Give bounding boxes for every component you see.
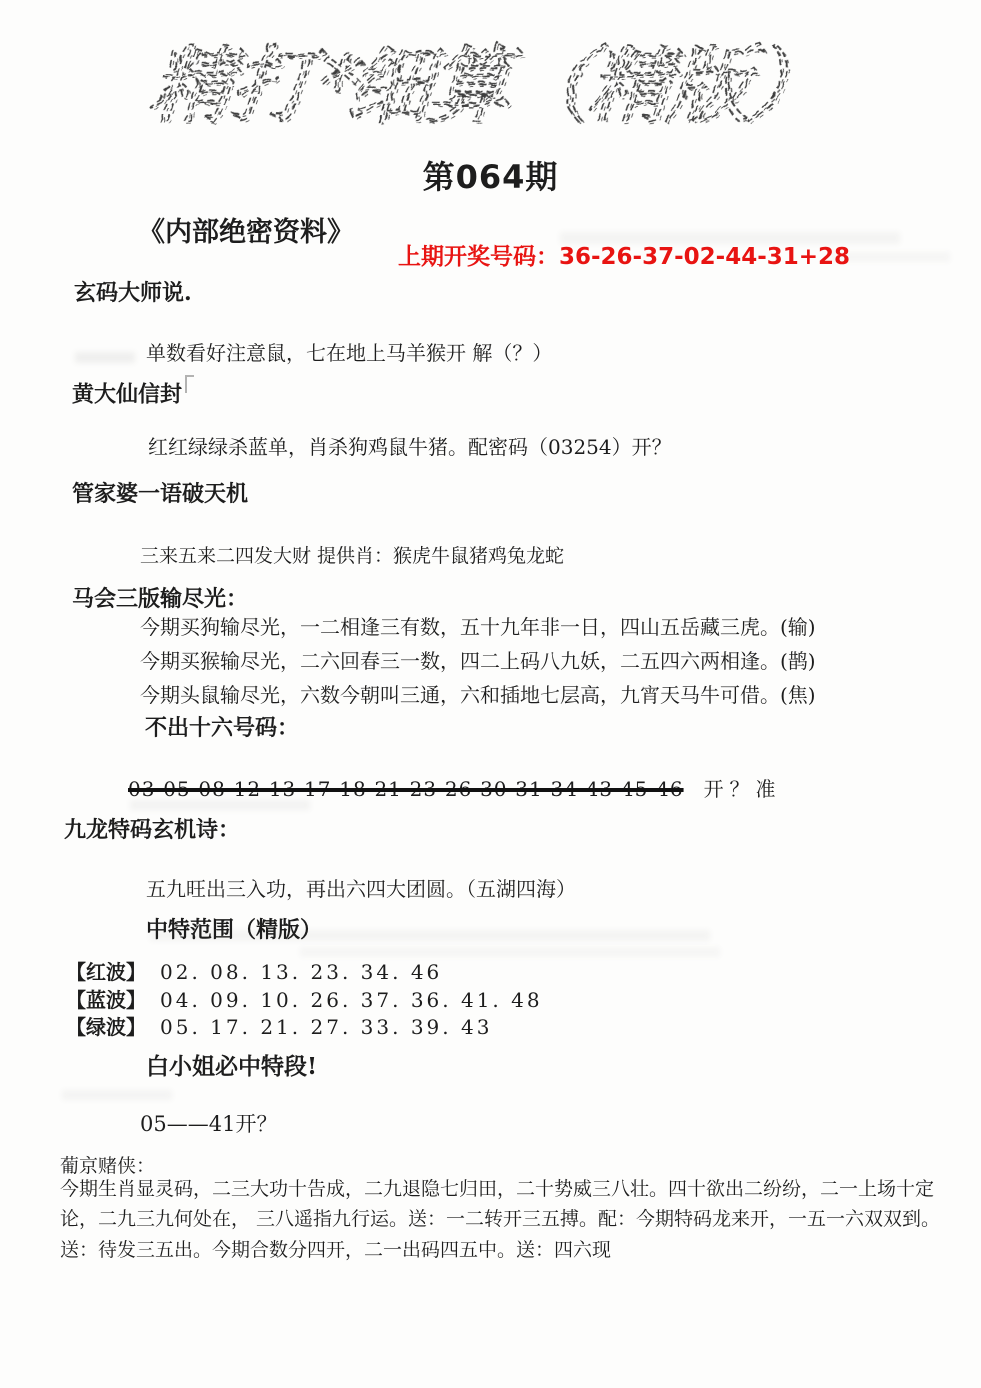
mahui-line-1: 今期买狗输尽光，一二相逢三有数，五十九年非一日，四山五岳藏三虎。(输) bbox=[140, 611, 816, 640]
previous-draw: 上期开奖号码：36-26-37-02-44-31+28 bbox=[398, 238, 850, 271]
wave-label-red: 【红波】 bbox=[66, 960, 146, 984]
huangdaxian-heading: 黄大仙信封 bbox=[72, 375, 194, 408]
scanned-lottery-sheet: { "colors": { "accent_red": "#e81412", "… bbox=[0, 0, 981, 1388]
mahui-subheading: 不出十六号码： bbox=[145, 711, 299, 742]
guanjiapo-heading: 管家婆一语破天机 bbox=[72, 477, 248, 508]
masthead-sketch: 精打*细算（精版） 精打*细算（精版） bbox=[120, 8, 880, 158]
jiulong-heading: 九龙特码玄机诗： bbox=[64, 813, 240, 844]
jiulong-poem: 五九旺出三入功，再出六四大团圆。（五湖四海） bbox=[146, 873, 576, 902]
baixiaojie-line: 05——41开？ bbox=[140, 1108, 277, 1138]
baixiaojie-heading: 白小姐必中特段! bbox=[146, 1048, 317, 1081]
previous-draw-numbers: 36-26-37-02-44-31+28 bbox=[559, 244, 850, 270]
wave-row-red: 【红波】02. 08. 13. 23. 34. 46 bbox=[66, 956, 442, 985]
scan-artifact bbox=[75, 352, 135, 363]
mahui-line-2: 今期买猴输尽光，二六回春三一数，四二上码八九妖，二五四六两相逢。(鹊) bbox=[140, 645, 816, 674]
pujing-paragraph: 今期生肖显灵码，二三大功十告成，二九退隐七归田，二十势威三八壮。四十欲出二纷纷，… bbox=[60, 1174, 944, 1265]
guanjiapo-line: 三来五来二四发大财 提供肖：猴虎牛鼠猪鸡兔龙蛇 bbox=[140, 541, 564, 568]
wave-row-green: 【绿波】05. 17. 21. 27. 33. 39. 43 bbox=[66, 1011, 492, 1040]
zhongte-range-heading: 中特范围（精版） bbox=[146, 913, 322, 944]
huangdaxian-line: 红红绿绿杀蓝单，肖杀狗鸡鼠牛猪。配密码（03254）开？ bbox=[148, 431, 672, 460]
wave-numbers-red: 02. 08. 13. 23. 34. 46 bbox=[160, 960, 442, 984]
xuanma-heading: 玄码大师说. bbox=[74, 276, 192, 307]
wave-label-green: 【绿波】 bbox=[66, 1015, 146, 1039]
svg-text:精打*细算（精版）: 精打*细算（精版） bbox=[142, 38, 852, 135]
wave-label-blue: 【蓝波】 bbox=[66, 988, 146, 1012]
xuanma-line: 单数看好注意鼠，七在地上马羊猴开 解（？） bbox=[146, 337, 552, 366]
wave-row-blue: 【蓝波】04. 09. 10. 26. 37. 36. 41. 48 bbox=[66, 984, 543, 1013]
excluded-suffix: 开？准 bbox=[704, 777, 782, 801]
excluded-numbers-line: 03-05-08-12-13-17-18-21-23-26-30-31-34-4… bbox=[128, 773, 782, 802]
issue-title: 第064期 bbox=[0, 152, 981, 198]
torn-glyph-mark bbox=[185, 375, 194, 393]
wave-numbers-blue: 04. 09. 10. 26. 37. 36. 41. 48 bbox=[160, 988, 543, 1012]
wave-numbers-green: 05. 17. 21. 27. 33. 39. 43 bbox=[160, 1015, 492, 1039]
previous-draw-label: 上期开奖号码： bbox=[398, 244, 559, 270]
scan-artifact bbox=[62, 1090, 172, 1100]
secret-heading: 《内部绝密资料》 bbox=[138, 210, 354, 249]
mahui-line-3: 今期头鼠输尽光，六数今朝叫三通，六和插地七层高，九宵天马牛可借。(焦) bbox=[140, 679, 816, 708]
excluded-numbers: 03-05-08-12-13-17-18-21-23-26-30-31-34-4… bbox=[128, 777, 684, 801]
mahui-heading: 马会三版输尽光： bbox=[72, 582, 248, 613]
